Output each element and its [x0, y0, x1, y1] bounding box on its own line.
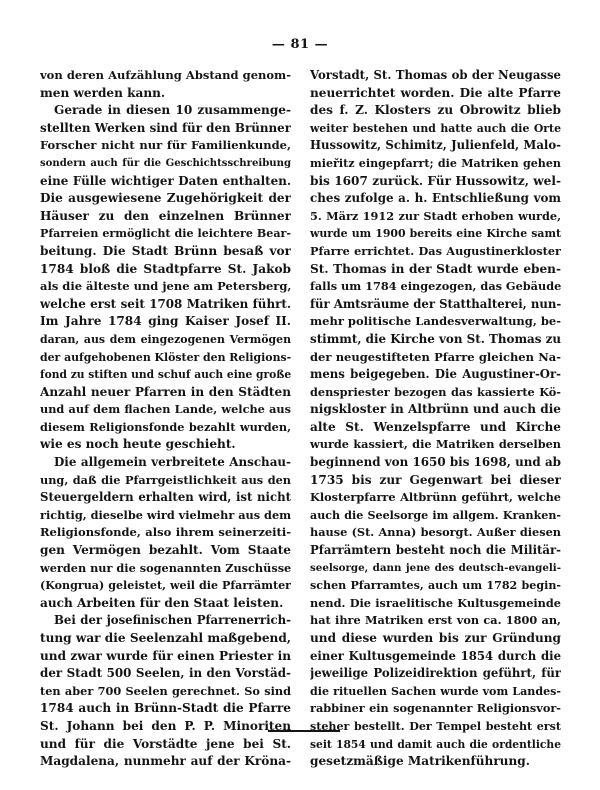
text-line: 1784 bloß die Stadtpfarre St. Jakob: [40, 261, 291, 279]
text-line: auch die Seelsorge im allgem. Kranken-: [310, 507, 561, 525]
text-line: auch Arbeiten für den Staat leisten.: [40, 595, 291, 613]
text-line: Steuergeldern erhalten wird, ist nicht: [40, 489, 291, 507]
text-line: Bei der josefinischen Pfarrenerrich-: [40, 612, 291, 630]
text-line: denspriester bezogen das kassierte Kö-: [310, 384, 561, 402]
text-line: Vorstadt, St. Thomas ob der Neugasse: [310, 67, 561, 85]
text-line: weiter bestehen und hatte auch die Orte: [310, 120, 561, 138]
text-column-left: von deren Aufzählung Abstand genom-men w…: [40, 67, 291, 771]
text-line: und auf dem flachen Lande, welche aus: [40, 401, 291, 419]
text-line: steher bestellt. Der Tempel besteht erst: [310, 718, 561, 736]
text-line: gesetzmäßige Matrikenführung.: [310, 753, 561, 771]
text-line: von deren Aufzählung Abstand genom-: [40, 67, 291, 85]
text-line: nend. Die israelitische Kultusgemeinde: [310, 595, 561, 613]
text-line: bis 1607 zurück. Für Hussowitz, wel-: [310, 173, 561, 191]
text-line: mehr politische Landesverwaltung, be-: [310, 313, 561, 331]
text-line: Anzahl neuer Pfarren in den Städten: [40, 384, 291, 402]
text-line: als die älteste und jene am Petersberg,: [40, 278, 291, 296]
text-line: mieřitz eingepfarrt; die Matriken gehen: [310, 155, 561, 173]
text-line: richtig, dieselbe wird vielmehr aus dem: [40, 507, 291, 525]
text-line: einer Kultusgemeinde 1854 durch die: [310, 648, 561, 666]
page-number: — 81 —: [0, 37, 600, 52]
text-line: 1735 bis zur Gegenwart bei dieser: [310, 472, 561, 490]
text-line: daran, aus dem eingezogenen Vermögen: [40, 331, 291, 349]
text-line: werden nur die sogenannten Zuschüsse: [40, 560, 291, 578]
text-line: der neugestifteten Pfarre gleichen Na-: [310, 349, 561, 367]
text-line: für Amtsräume der Statthalterei, nun-: [310, 296, 561, 314]
text-line: men werden kann.: [40, 85, 291, 103]
text-line: Religionsfonde, also ihrem seinerzeiti-: [40, 524, 291, 542]
text-column-right: Vorstadt, St. Thomas ob der Neugasseneue…: [310, 67, 561, 771]
text-line: wurde um 1900 bereits eine Kirche samt: [310, 225, 561, 243]
text-line: jeweilige Polizeidirektion geführt, für: [310, 665, 561, 683]
text-line: ten aber 700 Seelen gerechnet. So sind: [40, 683, 291, 701]
text-line: Häuser zu den einzelnen Brünner: [40, 208, 291, 226]
text-line: Forscher nicht nur für Familienkunde,: [40, 137, 291, 155]
text-line: Die allgemein verbreitete Anschau-: [40, 454, 291, 472]
text-line: des f. Z. Klosters zu Obrowitz blieb: [310, 102, 561, 120]
text-line: Pfarreien ermöglicht die leichtere Bear-: [40, 225, 291, 243]
text-line: der aufgehobenen Klöster den Religions-: [40, 349, 291, 367]
text-line: tung war die Seelenzahl maßgebend,: [40, 630, 291, 648]
text-line: seelsorge, dann jene des deutsch-evangel…: [310, 560, 561, 578]
text-line: und diese wurden bis zur Gründung: [310, 630, 561, 648]
text-line: Pfarrämtern besteht noch die Militär-: [310, 542, 561, 560]
text-line: Magdalena, nunmehr auf der Kröna-: [40, 753, 291, 771]
text-line: gen Vermögen bezahlt. Vom Staate: [40, 542, 291, 560]
text-line: schen Pfarramtes, auch um 1782 begin-: [310, 577, 561, 595]
text-line: und für die Vorstädte jene bei St.: [40, 736, 291, 754]
text-line: Klosterpfarre Altbrünn geführt, welche: [310, 489, 561, 507]
text-line: neuerrichtet worden. Die alte Pfarre: [310, 85, 561, 103]
text-line: rabbiner ein sogenannter Religionsvor-: [310, 700, 561, 718]
text-line: Im Jahre 1784 ging Kaiser Josef II.: [40, 313, 291, 331]
text-line: beginnend von 1650 bis 1698, und ab: [310, 454, 561, 472]
text-line: wurde kassiert, die Matriken derselben: [310, 436, 561, 454]
text-line: mens beigegeben. Die Augustiner-Or-: [310, 366, 561, 384]
text-line: eine Fülle wichtiger Daten enthalten.: [40, 173, 291, 191]
text-line: wie es noch heute geschieht.: [40, 436, 291, 454]
footer-separator-rule: [268, 730, 340, 732]
text-line: 1784 auch in Brünn-Stadt die Pfarre: [40, 700, 291, 718]
text-line: welche erst seit 1708 Matriken führt.: [40, 296, 291, 314]
text-line: diesem Religionsfonde bezahlt wurden,: [40, 419, 291, 437]
text-line: (Kongrua) geleistet, weil die Pfarrämter: [40, 577, 291, 595]
text-line: St. Johann bei den P. P. Minoriten: [40, 718, 291, 736]
text-line: stimmt, die Kirche von St. Thomas zu: [310, 331, 561, 349]
text-line: sondern auch für die Geschichtsschreibun…: [40, 155, 291, 173]
text-line: alte St. Wenzelspfarre und Kirche: [310, 419, 561, 437]
text-line: falls um 1784 eingezogen, das Gebäude: [310, 278, 561, 296]
text-line: der Stadt 500 Seelen, in den Vorstäd-: [40, 665, 291, 683]
text-line: seit 1854 und damit auch die ordentliche: [310, 736, 561, 754]
text-line: Gerade in diesen 10 zusammenge-: [40, 102, 291, 120]
text-line: 5. März 1912 zur Stadt erhoben wurde,: [310, 208, 561, 226]
text-line: Pfarre errichtet. Das Augustinerkloster: [310, 243, 561, 261]
text-line: fond zu stiften und schuf auch eine groß…: [40, 366, 291, 384]
text-line: die rituellen Sachen wurde vom Landes-: [310, 683, 561, 701]
text-line: Die ausgewiesene Zugehörigkeit der: [40, 190, 291, 208]
text-line: hat ihre Matriken erst von ca. 1800 an,: [310, 612, 561, 630]
text-line: und zwar wurde für einen Priester in: [40, 648, 291, 666]
text-line: stellten Werken sind für den Brünner: [40, 120, 291, 138]
text-line: ung, daß die Pfarrgeistlichkeit aus den: [40, 472, 291, 490]
text-line: beitung. Die Stadt Brünn besaß vor: [40, 243, 291, 261]
text-line: ches zufolge a. h. Entschließung vom: [310, 190, 561, 208]
text-line: Hussowitz, Schimitz, Julienfeld, Malo-: [310, 137, 561, 155]
text-line: nigskloster in Altbrünn und auch die: [310, 401, 561, 419]
text-line: hause (St. Anna) besorgt. Außer diesen: [310, 524, 561, 542]
text-line: St. Thomas in der Stadt wurde eben-: [310, 261, 561, 279]
